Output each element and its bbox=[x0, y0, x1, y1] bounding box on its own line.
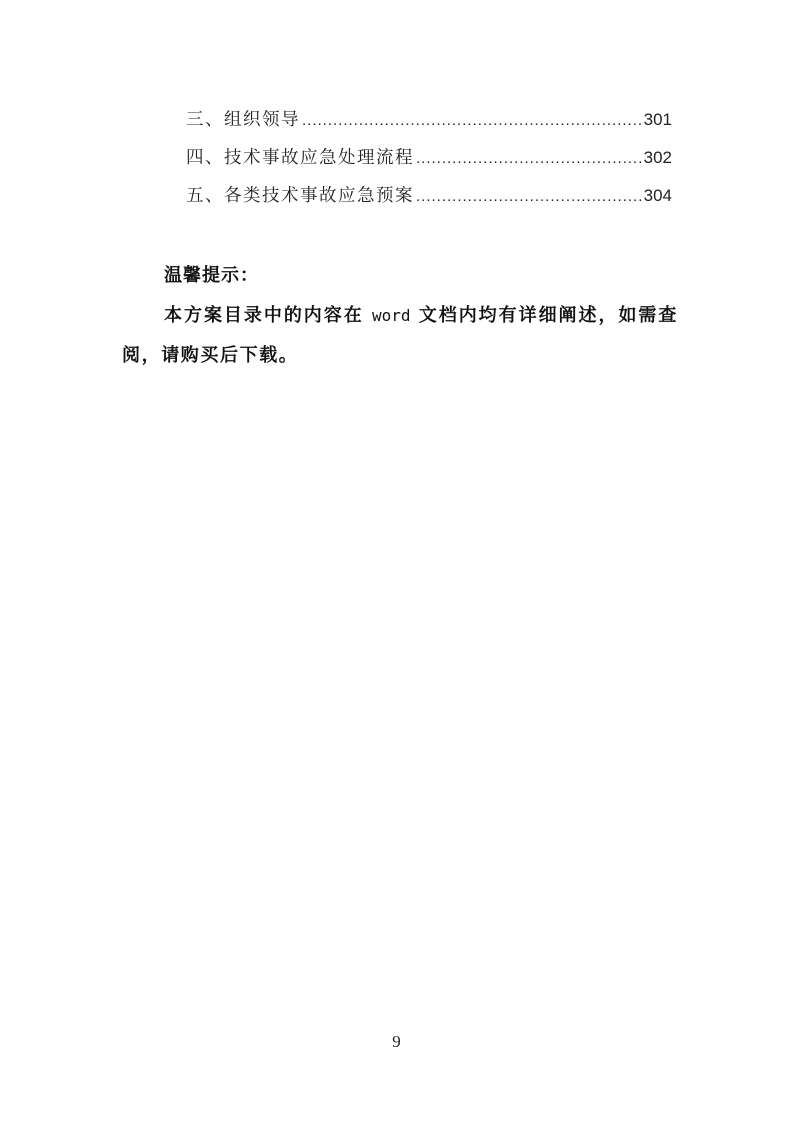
toc-dot-leader bbox=[416, 147, 642, 171]
page-number: 9 bbox=[0, 1032, 793, 1052]
toc-dot-leader bbox=[416, 185, 642, 209]
toc-entry-page: 302 bbox=[644, 146, 672, 170]
toc-entry[interactable]: 四、技术事故应急处理流程 302 bbox=[186, 146, 672, 184]
table-of-contents: 三、组织领导 301 四、技术事故应急处理流程 302 五、各类技术事故应急预案… bbox=[186, 108, 672, 222]
toc-entry-title: 三、组织领导 bbox=[186, 108, 300, 132]
toc-entry-page: 304 bbox=[644, 184, 672, 208]
warm-tip-section: 温馨提示： 本方案目录中的内容在 word 文档内均有详细阐述，如需查阅，请购买… bbox=[122, 256, 678, 376]
toc-entry-page: 301 bbox=[644, 108, 672, 132]
toc-dot-leader bbox=[302, 109, 642, 133]
tip-heading: 温馨提示： bbox=[122, 256, 678, 296]
toc-entry-title: 四、技术事故应急处理流程 bbox=[186, 146, 414, 170]
toc-entry[interactable]: 三、组织领导 301 bbox=[186, 108, 672, 146]
tip-body-text-1: 本方案目录中的内容在 bbox=[164, 305, 364, 326]
tip-body: 本方案目录中的内容在 word 文档内均有详细阐述，如需查阅，请购买后下载。 bbox=[122, 296, 678, 376]
tip-body-word: word bbox=[372, 306, 411, 325]
toc-entry-title: 五、各类技术事故应急预案 bbox=[186, 184, 414, 208]
toc-entry[interactable]: 五、各类技术事故应急预案 304 bbox=[186, 184, 672, 222]
document-page: 三、组织领导 301 四、技术事故应急处理流程 302 五、各类技术事故应急预案… bbox=[0, 0, 793, 1122]
